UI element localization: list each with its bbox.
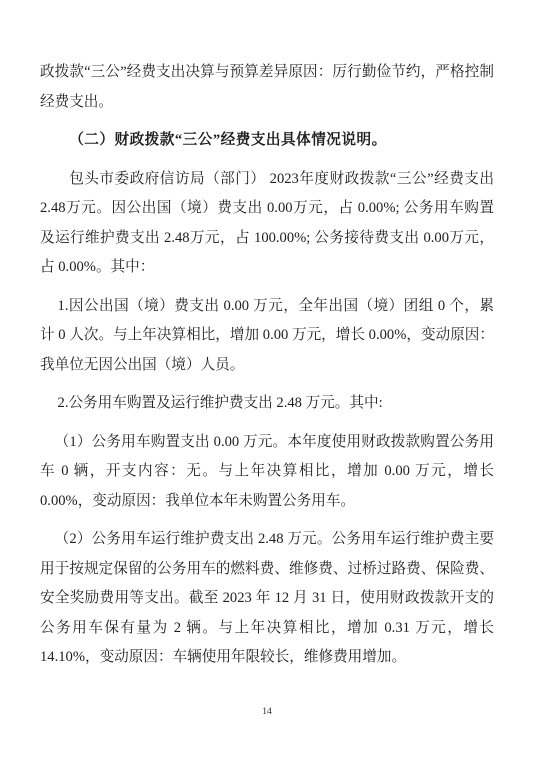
page-number: 14 [0, 706, 534, 718]
paragraph-item-1-overseas-travel: 1.因公出国（境）费支出 0.00 万元，全年出国（境）团组 0 个，累计 0 … [40, 292, 494, 381]
paragraph-item-2-official-vehicles: 2.公务用车购置及运行维护费支出 2.48 万元。其中: [40, 389, 494, 419]
section-heading-three-public-expense-details: （二）财政拨款“三公”经费支出具体情况说明。 [40, 126, 494, 156]
paragraph-overall-expense-summary: 包头市委政府信访局（部门） 2023年度财政拨款“三公”经费支出 2.48万元。… [40, 165, 494, 283]
paragraph-subitem-2-vehicle-maintenance: （2）公务用车运行维护费支出 2.48 万元。公务用车运行维护费主要用于按规定保… [40, 525, 494, 673]
paragraph-budget-variance-continuation: 政拨款“三公”经费支出决算与预算差异原因：厉行勤俭节约，严格控制经费支出。 [40, 58, 494, 117]
document-page: 政拨款“三公”经费支出决算与预算差异原因：厉行勤俭节约，严格控制经费支出。 （二… [0, 0, 534, 764]
paragraph-subitem-1-vehicle-purchase: （1）公务用车购置支出 0.00 万元。本年度使用财政拨款购置公务用车 0 辆，… [40, 428, 494, 517]
